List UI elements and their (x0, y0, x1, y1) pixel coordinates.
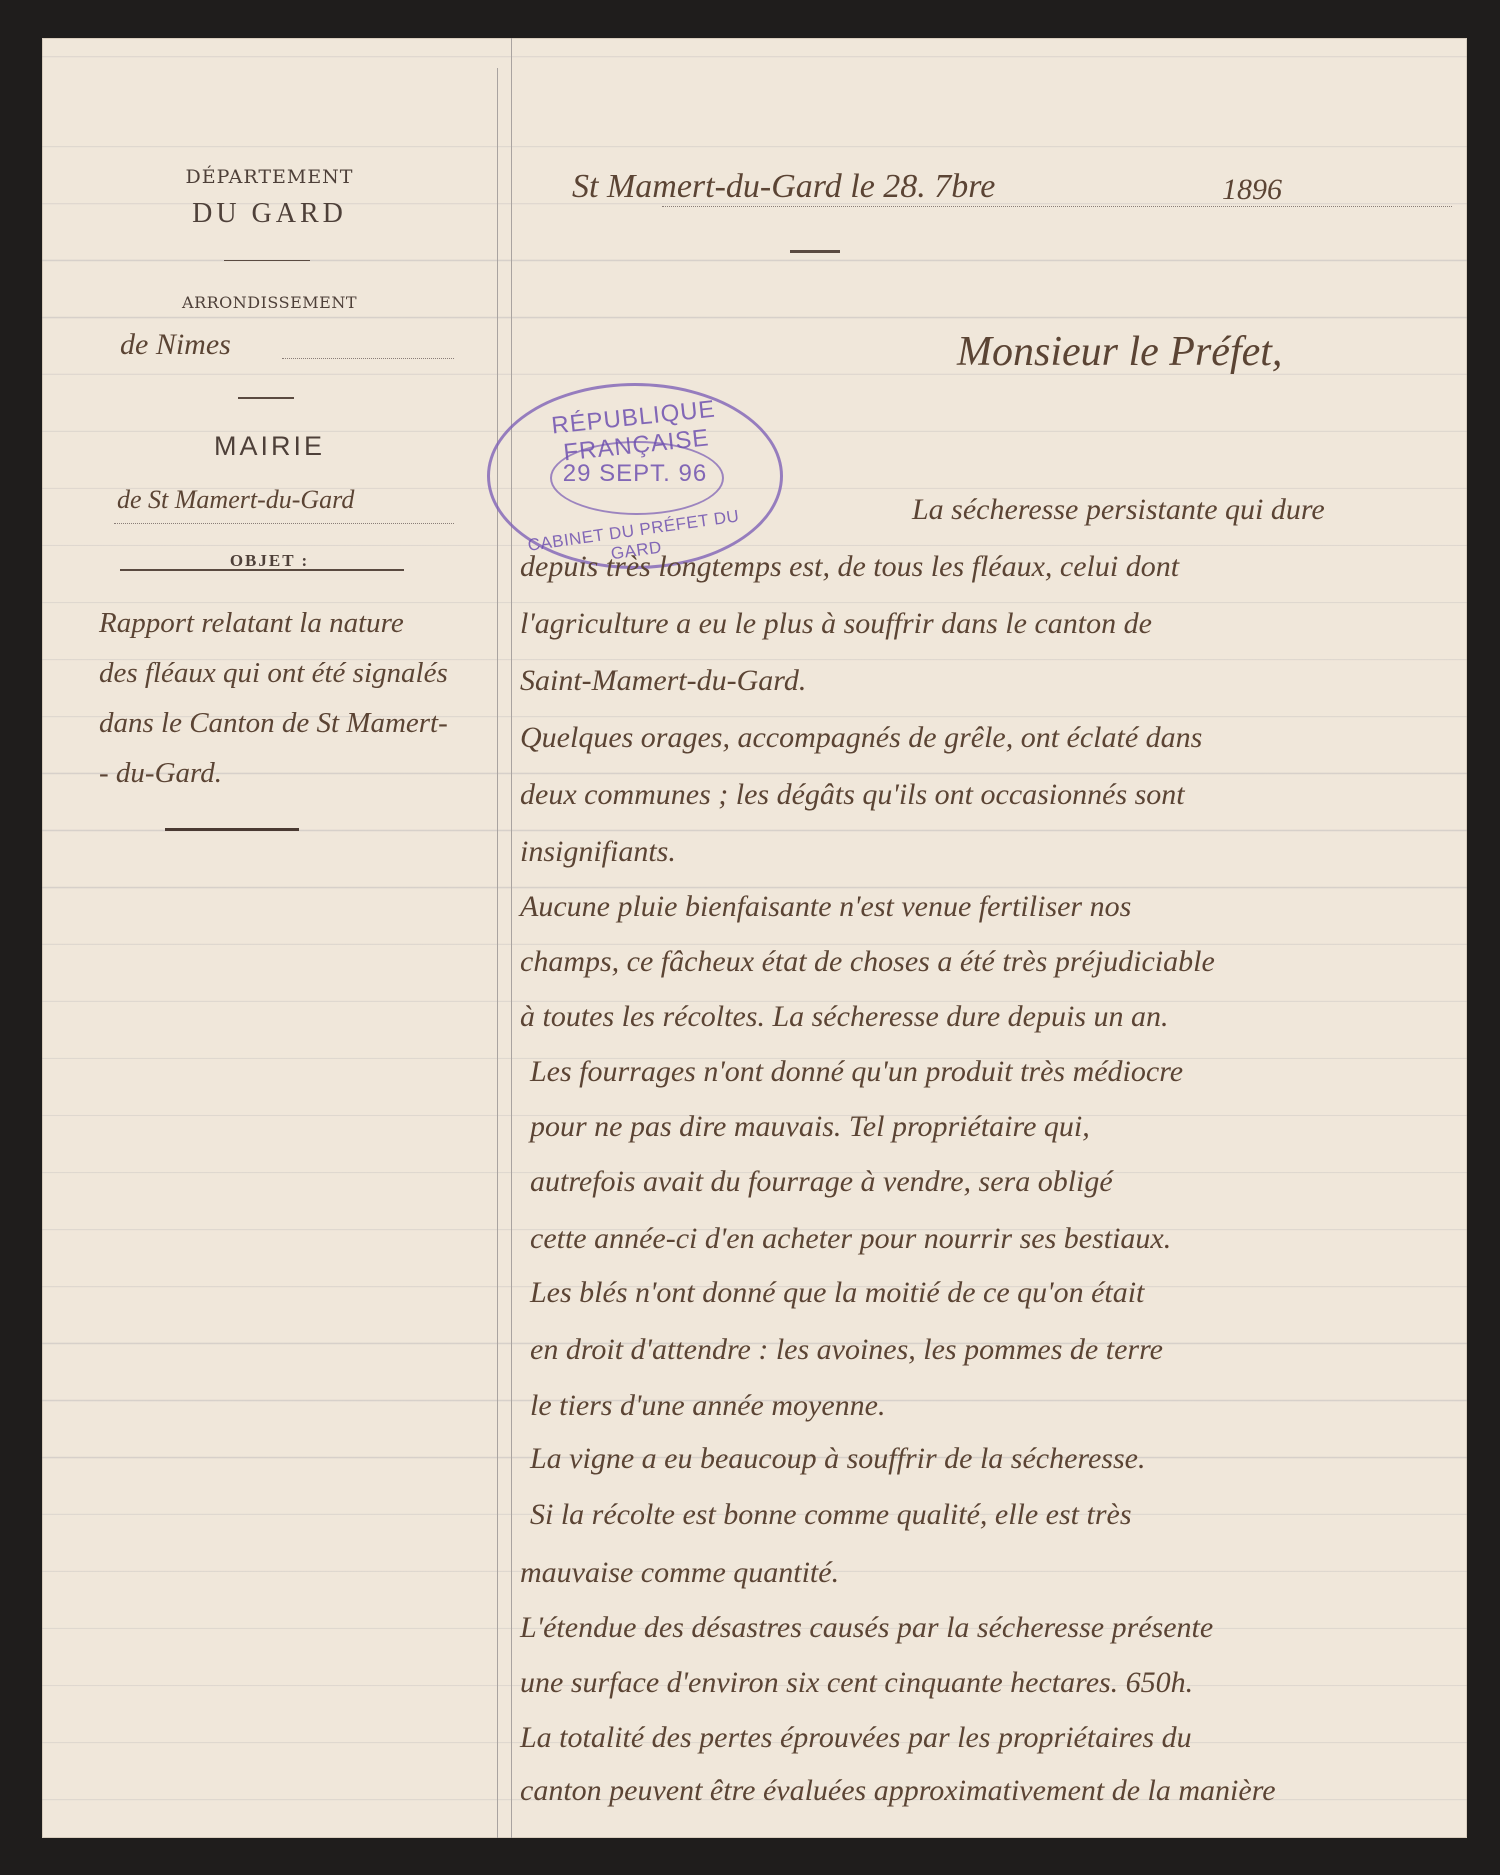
body-line: le tiers d'une année moyenne. (530, 1389, 885, 1423)
salutation: Monsieur le Préfet, (957, 328, 1282, 376)
letterhead-margin: DÉPARTEMENT DU GARD ARRONDISSEMENT de Ni… (42, 38, 497, 1838)
body-line: Les blés n'ont donné que la moitié de ce… (530, 1276, 1144, 1310)
body-line: une surface d'environ six cent cinquante… (520, 1666, 1193, 1700)
body-line: Quelques orages, accompagnés de grêle, o… (520, 721, 1202, 755)
letter-year: 1896 (1222, 173, 1282, 207)
ornament-divider-2 (238, 397, 294, 399)
body-line: à toutes les récoltes. La sécheresse dur… (520, 1000, 1169, 1034)
body-line: champs, ce fâcheux état de choses a été … (520, 945, 1215, 979)
objet-line: - du-Gard. (99, 748, 489, 798)
department-name: DU GARD (42, 198, 497, 230)
body-line: insignifiants. (520, 835, 676, 869)
mairie-fill-line (114, 523, 454, 524)
objet-line: dans le Canton de St Mamert- (99, 698, 489, 748)
body-line: La vigne a eu beaucoup à souffrir de la … (530, 1442, 1145, 1476)
body-line: Aucune pluie bienfaisante n'est venue fe… (520, 890, 1131, 924)
department-label: DÉPARTEMENT (42, 166, 497, 188)
objet-end-rule (165, 828, 299, 831)
margin-rule-outer (497, 68, 498, 1838)
body-line: autrefois avait du fourrage à vendre, se… (530, 1165, 1113, 1199)
place-date: St Mamert-du-Gard le 28. 7bre (572, 168, 995, 206)
body-line: Les fourrages n'ont donné qu'un produit … (530, 1055, 1183, 1089)
body-line: pour ne pas dire mauvais. Tel propriétai… (530, 1110, 1090, 1144)
body-line: Saint-Mamert-du-Gard. (520, 664, 806, 698)
body-line: canton peuvent être évaluées approximati… (520, 1774, 1276, 1808)
body-line: l'agriculture a eu le plus à souffrir da… (520, 607, 1152, 641)
arrondissement-label: ARRONDISSEMENT (42, 293, 497, 312)
body-line: cette année-ci d'en acheter pour nourrir… (530, 1222, 1171, 1256)
mairie-label: MAIRIE (42, 431, 497, 462)
body-line: en droit d'attendre : les avoines, les p… (530, 1333, 1163, 1367)
arrondissement-value: de Nimes (120, 328, 231, 362)
objet-line: Rapport relatant la nature (99, 598, 489, 648)
header-rule (790, 250, 840, 253)
mairie-value: de St Mamert-du-Gard (117, 485, 354, 515)
letter-body: St Mamert-du-Gard le 28. 7bre 1896 Monsi… (512, 38, 1467, 1838)
body-line: depuis très longtemps est, de tous les f… (520, 550, 1179, 584)
body-line: La totalité des pertes éprouvées par les… (520, 1721, 1192, 1755)
objet-label: OBJET : (42, 551, 497, 571)
body-line: mauvaise comme quantité. (520, 1556, 839, 1590)
document-page: DÉPARTEMENT DU GARD ARRONDISSEMENT de Ni… (42, 38, 1467, 1838)
body-line: La sécheresse persistante qui dure (912, 493, 1325, 527)
objet-text: Rapport relatant la nature des fléaux qu… (99, 598, 489, 798)
ornament-divider (224, 260, 310, 261)
body-line: deux communes ; les dégâts qu'ils ont oc… (520, 778, 1185, 812)
date-fill-line (662, 206, 1452, 207)
arrondissement-fill-line (282, 358, 454, 359)
body-line: Si la récolte est bonne comme qualité, e… (530, 1498, 1132, 1532)
body-line: L'étendue des désastres causés par la sé… (520, 1611, 1213, 1645)
objet-line: des fléaux qui ont été signalés (99, 648, 489, 698)
